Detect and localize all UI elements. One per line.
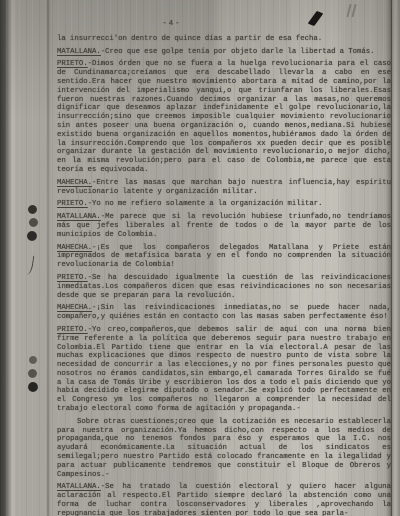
vertical-crease <box>47 0 49 516</box>
speaker-name: MATALLANA. <box>57 213 101 221</box>
speaker-name: MAHECHA. <box>57 179 92 187</box>
hole-punch-dot <box>29 218 38 227</box>
paragraph-matallana: MATALLANA.-Se ha tratado la cuestión ele… <box>57 483 391 516</box>
speaker-name: MATALLANA. <box>57 48 101 56</box>
paragraph-text: -Creo que ese golpe tenía por objeto dar… <box>101 48 375 56</box>
hole-punch-dot <box>27 231 37 241</box>
speaker-name: PRIETO. <box>57 274 88 282</box>
paragraph-text: -Se ha tratado la cuestión electoral y q… <box>57 483 391 516</box>
right-page-edge <box>391 0 392 516</box>
handwritten-mark <box>347 4 357 17</box>
paragraph-prieto-continued: Sobre otras cuestiones;creo que la cotiz… <box>57 418 391 480</box>
hole-punch-dot <box>28 382 38 392</box>
page-number: -4- <box>57 20 287 29</box>
speaker-name: MAHECHA. <box>57 244 92 252</box>
paragraph-prieto: PRIETO.-Se ha descuidado igualmente la c… <box>57 274 391 300</box>
typed-text-block: -4- la insurrecci'on dentro de quince dí… <box>57 20 391 516</box>
speaker-name: MATALLANA. <box>57 483 101 491</box>
paragraph-text: -Entre las masas que marchan bajo nuestr… <box>57 179 391 196</box>
paragraph-prieto: PRIETO.-Dimos órden que no se fuera a la… <box>57 60 391 174</box>
speaker-name: PRIETO. <box>57 60 88 68</box>
speaker-name: PRIETO. <box>57 326 88 334</box>
paragraph-matallana: MATALLANA.-Me parece que si la revolució… <box>57 213 391 239</box>
paragraph-mahecha: MAHECHA.-Entre las masas que marchan baj… <box>57 179 391 197</box>
paragraph-matallana: MATALLANA.-Creo que ese golpe tenía por … <box>57 48 391 57</box>
paragraph-text: la insurrecci'on dentro de quince días a… <box>57 35 322 43</box>
paragraph-text: -Yo no me refiero solamente a la organiz… <box>88 200 323 208</box>
speaker-name: PRIETO. <box>57 200 88 208</box>
paragraph-text: Sobre otras cuestiones;creo que la cotiz… <box>57 418 391 479</box>
hole-punch-dot <box>28 205 37 214</box>
paragraph-mahecha: MAHECHA.-¡Es que los compañeros delegado… <box>57 244 391 270</box>
paragraph-text: -Dimos órden que no se fuera a la huelga… <box>57 60 391 174</box>
paragraph-prieto: PRIETO.-Yo no me refiero solamente a la … <box>57 200 391 209</box>
paragraph-mahecha: MAHECHA.-¡Sin las reivindicaciones inmed… <box>57 304 391 322</box>
hole-punch-dot <box>29 356 37 364</box>
scanned-document-page: { "document": { "page_number": "-4-", "p… <box>0 0 400 516</box>
hole-punch-dot <box>28 369 37 378</box>
paragraph-prieto: PRIETO.-Yo creo,compañeros,que debemos s… <box>57 326 391 414</box>
speaker-name: MAHECHA. <box>57 304 92 312</box>
paragraph-text: -Me parece que si la revolución hubiese … <box>57 213 391 239</box>
paragraph-continuation: la insurrecci'on dentro de quince días a… <box>57 35 391 44</box>
paragraph-text: -¡Es que los compañeros delegados Matall… <box>57 244 391 270</box>
paragraph-text: -¡Sin las reivindicaciones inmediatas,no… <box>57 304 391 321</box>
paragraph-text: -Se ha descuidado igualmente la cuestión… <box>57 274 391 300</box>
paragraph-text: -Yo creo,compañeros,que debemos salir de… <box>57 326 391 413</box>
